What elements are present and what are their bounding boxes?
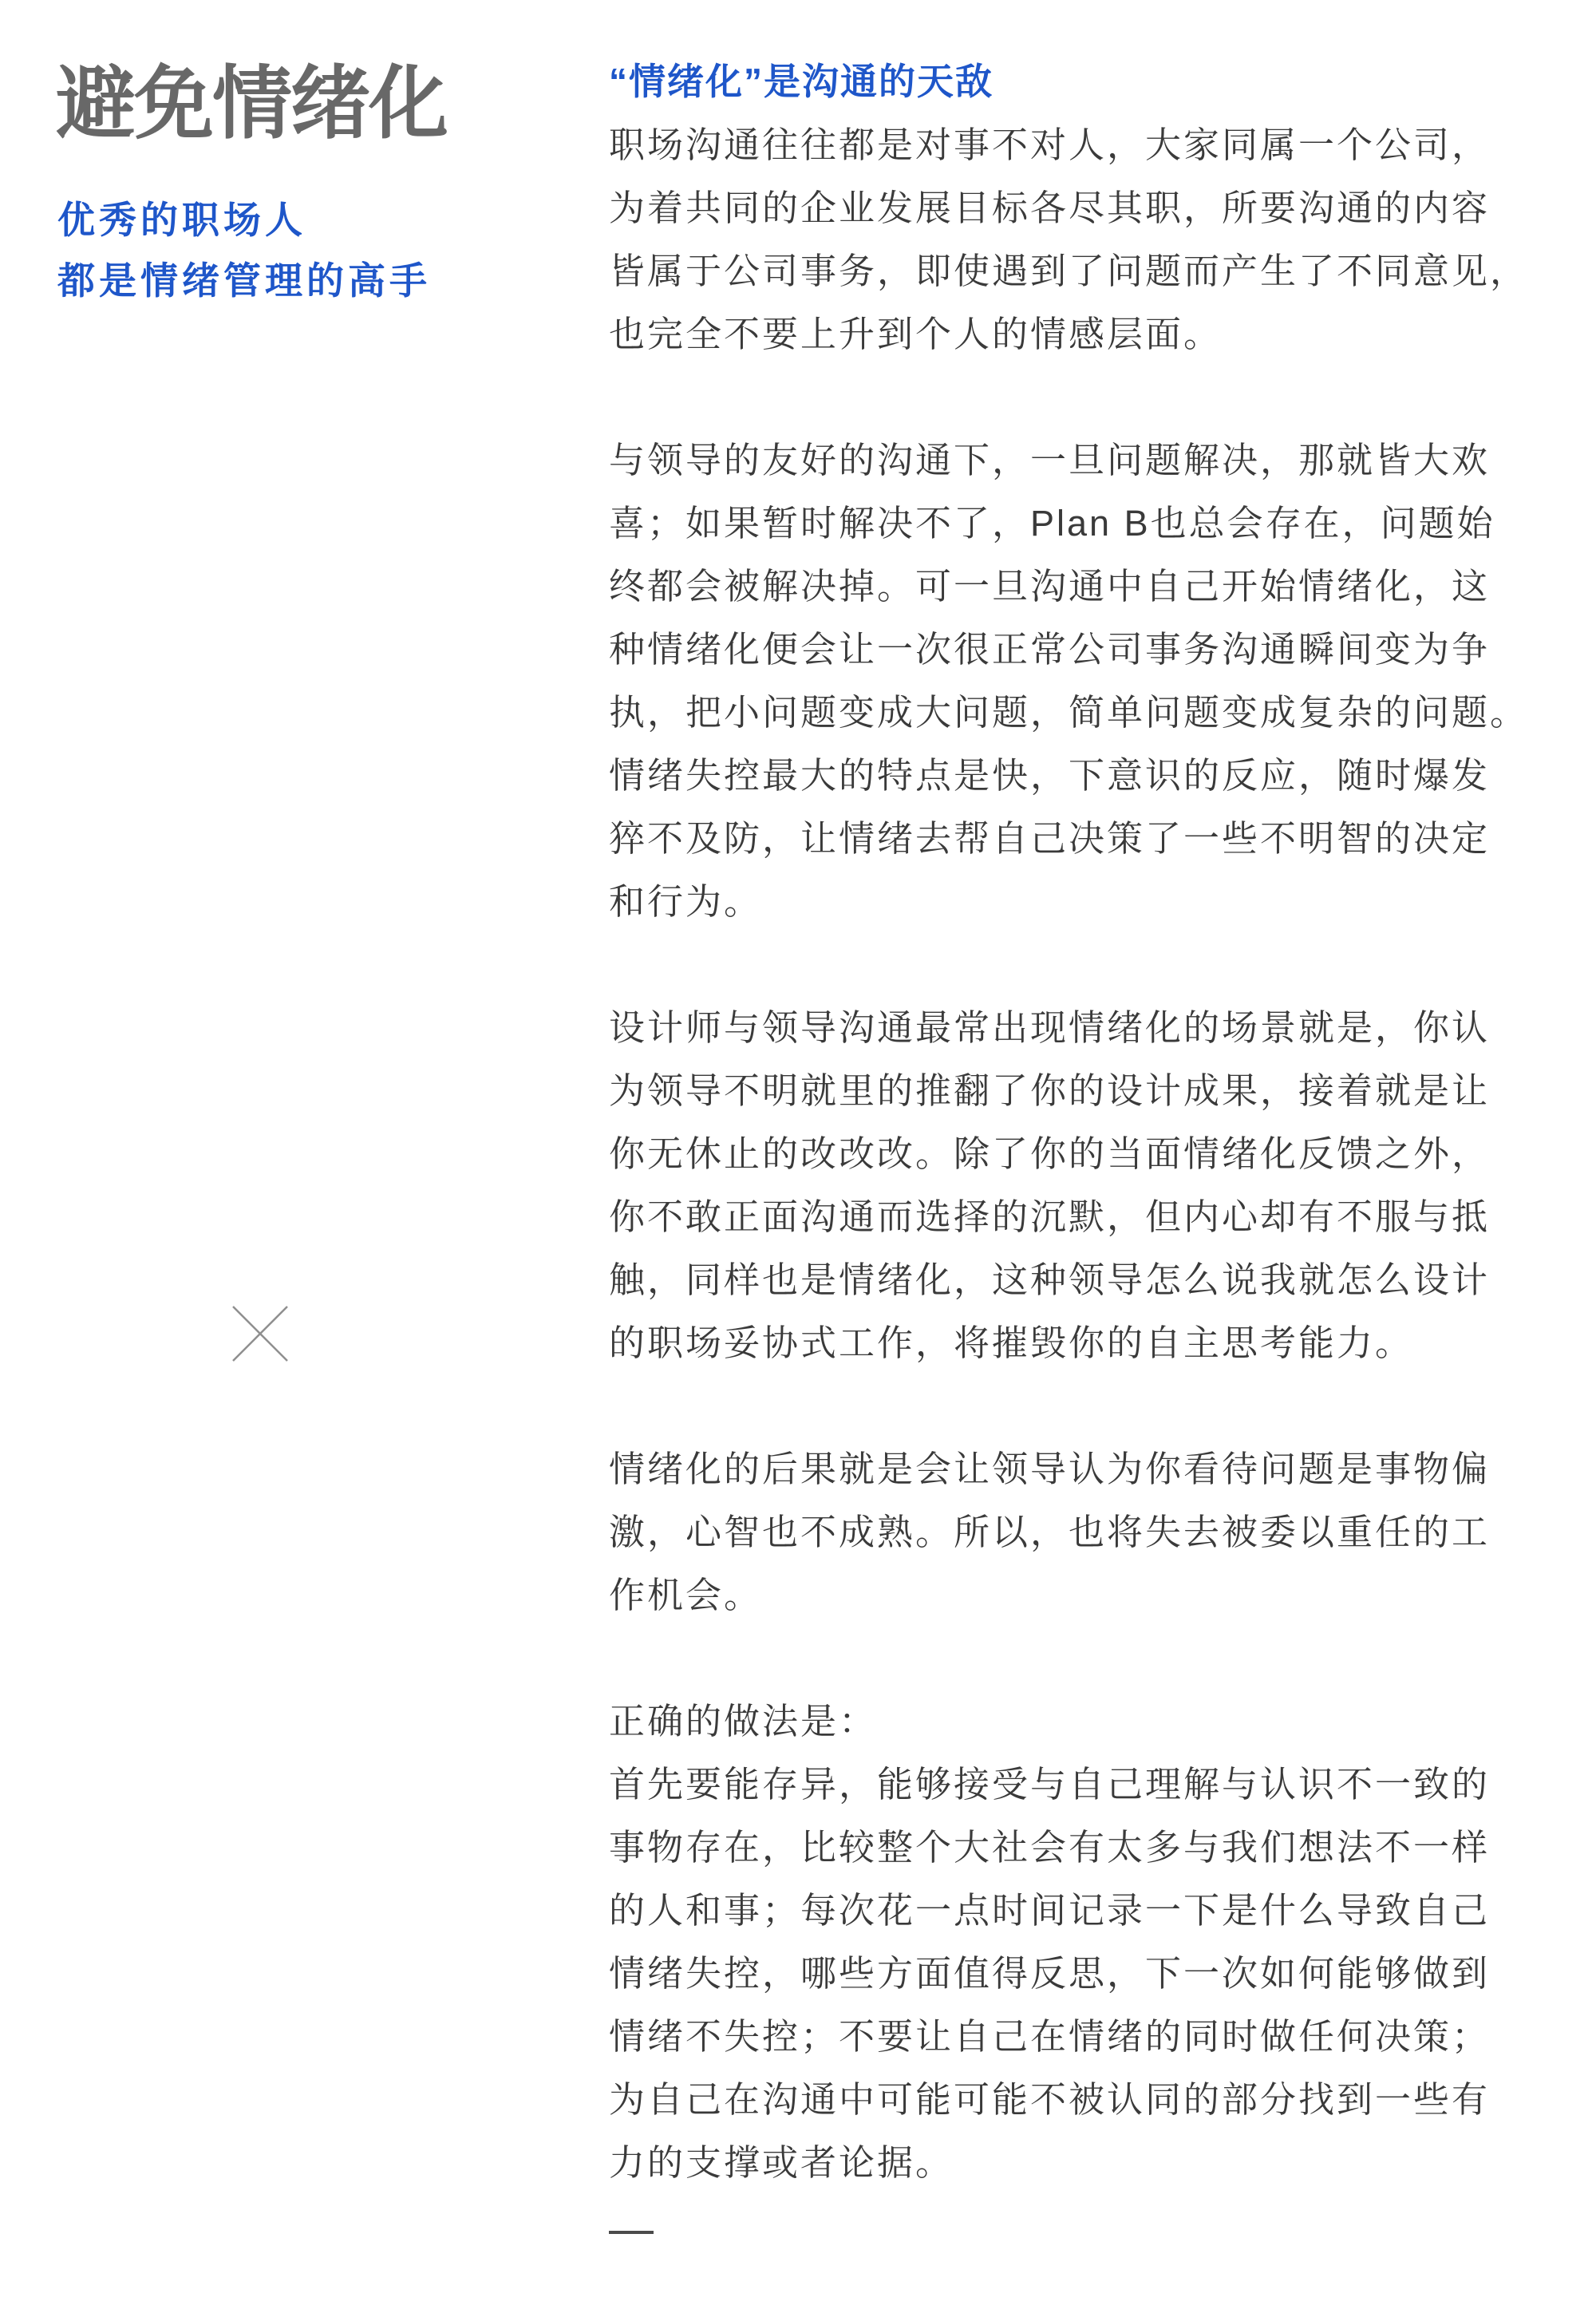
page-subtitle: 优秀的职场人 都是情绪管理的高手 — [57, 190, 575, 311]
page-title: 避免情绪化 — [56, 54, 575, 153]
article-paragraph: 情绪化的后果就是会让领导认为你看待问题是事物偏 激，心智也不成熟。所以，也将失去… — [609, 1437, 1543, 1627]
article-column: “情绪化”是沟通的天敌 职场沟通往往都是对事不对人，大家同属一个公司， 为着共同… — [609, 50, 1543, 2194]
article-paragraph: 与领导的友好的沟通下，一旦问题解决，那就皆大欢 喜；如果暂时解决不了，Plan … — [609, 429, 1543, 933]
end-of-article-dash — [609, 2231, 654, 2234]
article-page: 避免情绪化 优秀的职场人 都是情绪管理的高手 “情绪化”是沟通的天敌 职场沟通往… — [0, 0, 1596, 2309]
article-paragraph: 职场沟通往往都是对事不对人，大家同属一个公司， 为着共同的企业发展目标各尽其职，… — [609, 113, 1543, 366]
left-column: 避免情绪化 优秀的职场人 都是情绪管理的高手 — [56, 54, 575, 311]
cross-decoration-icon — [232, 1306, 288, 1362]
article-heading: “情绪化”是沟通的天敌 — [609, 50, 1543, 113]
article-paragraph: 设计师与领导沟通最常出现情绪化的场景就是，你认 为领导不明就里的推翻了你的设计成… — [609, 996, 1543, 1374]
article-paragraph: 正确的做法是： 首先要能存异，能够接受与自己理解与认识不一致的 事物存在，比较整… — [609, 1690, 1543, 2194]
